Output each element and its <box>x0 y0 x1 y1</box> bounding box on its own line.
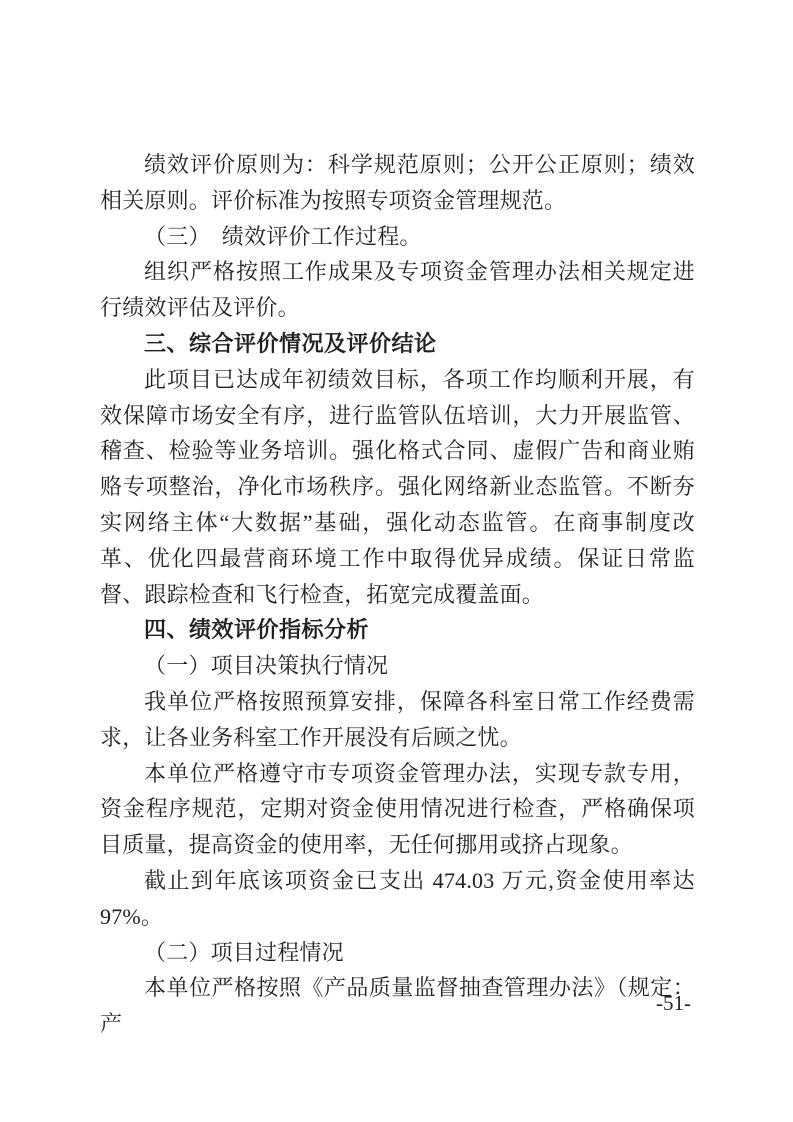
document-page: 绩效评价原则为：科学规范原则；公开公正原则；绩效相关原则。评价标准为按照专项资金… <box>0 0 793 1122</box>
subheading-project-decision: （一）项目决策执行情况 <box>100 648 695 684</box>
subheading-project-process: （二）项目过程情况 <box>100 935 695 971</box>
paragraph-fund-expenditure: 截止到年底该项资金已支出 474.03 万元,资金使用率达 97%。 <box>100 863 695 935</box>
page-number: -51- <box>656 991 691 1015</box>
paragraph-evaluation-organization: 组织严格按照工作成果及专项资金管理办法相关规定进行绩效评估及评价。 <box>100 254 695 326</box>
section-heading-4-indicator-analysis: 四、绩效评价指标分析 <box>100 612 695 648</box>
paragraph-comprehensive-evaluation: 此项目已达成年初绩效目标，各项工作均顺利开展，有效保障市场安全有序，进行监管队伍… <box>100 362 695 613</box>
document-body: 绩效评价原则为：科学规范原则；公开公正原则；绩效相关原则。评价标准为按照专项资金… <box>100 147 695 1042</box>
paragraph-evaluation-principles: 绩效评价原则为：科学规范原则；公开公正原则；绩效相关原则。评价标准为按照专项资金… <box>100 147 695 219</box>
subheading-evaluation-process: （三） 绩效评价工作过程。 <box>100 219 695 255</box>
paragraph-quality-supervision: 本单位严格按照《产品质量监督抽查管理办法》（规定：产 <box>100 970 695 1042</box>
paragraph-budget-arrangement: 我单位严格按照预算安排，保障各科室日常工作经费需求，让各业务科室工作开展没有后顾… <box>100 684 695 756</box>
paragraph-fund-management: 本单位严格遵守市专项资金管理办法，实现专款专用，资金程序规范，定期对资金使用情况… <box>100 756 695 863</box>
section-heading-3-comprehensive-evaluation: 三、综合评价情况及评价结论 <box>100 326 695 362</box>
